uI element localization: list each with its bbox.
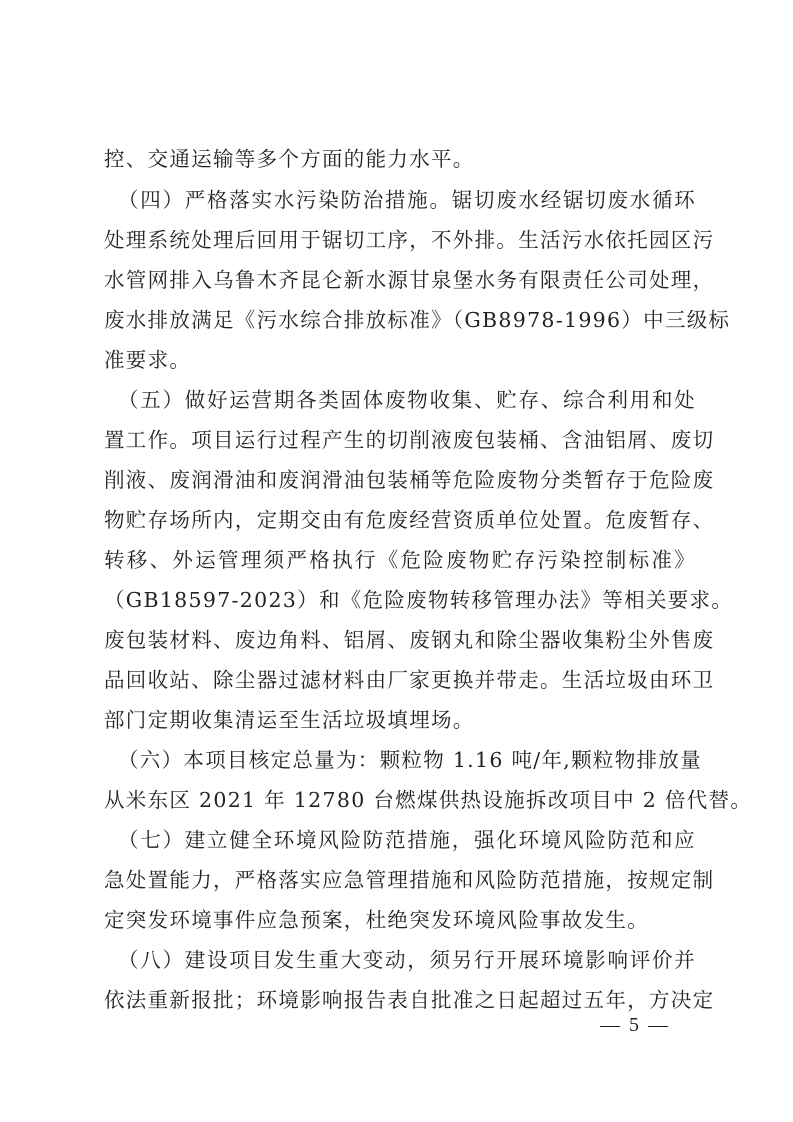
paragraph-5-line-3: 削液、废润滑油和废润滑油包装桶等危险废物分类暂存于危险废 <box>104 467 696 493</box>
paragraph-5-line-9: 部门定期收集清运至生活垃圾填埋场。 <box>104 707 696 733</box>
paragraph-4-line-5: 准要求。 <box>104 347 696 373</box>
paragraph-4-line-4: 废水排放满足《污水综合排放标准》（GB8978-1996）中三级标 <box>104 307 696 333</box>
paragraph-4-line-3: 水管网排入乌鲁木齐昆仑新水源甘泉堡水务有限责任公司处理， <box>104 267 696 293</box>
text-line-1: 控、交通运输等多个方面的能力水平。 <box>104 146 696 172</box>
paragraph-5-line-1: （五）做好运营期各类固体废物收集、贮存、综合利用和处 <box>118 387 696 413</box>
paragraph-7-line-3: 定突发环境事件应急预案，杜绝突发环境风险事故发生。 <box>104 907 696 933</box>
paragraph-5-line-7: 废包装材料、废边角料、铝屑、废钢丸和除尘器收集粉尘外售废 <box>104 627 696 653</box>
paragraph-6-line-2: 从米东区 2021 年 12780 台燃煤供热设施拆改项目中 2 倍代替。 <box>104 787 696 813</box>
paragraph-5-line-2: 置工作。项目运行过程产生的切削液废包装桶、含油铝屑、废切 <box>104 427 696 453</box>
paragraph-5-line-4: 物贮存场所内，定期交由有危废经营资质单位处置。危废暂存、 <box>104 507 696 533</box>
document-page: 控、交通运输等多个方面的能力水平。 （四）严格落实水污染防治措施。锯切废水经锯切… <box>0 0 793 1122</box>
paragraph-4-line-1: （四）严格落实水污染防治措施。锯切废水经锯切废水循环 <box>118 187 696 213</box>
paragraph-5-line-5: 转移、外运管理须严格执行《危险废物贮存污染控制标准》 <box>104 547 696 573</box>
paragraph-4-line-2: 处理系统处理后回用于锯切工序，不外排。生活污水依托园区污 <box>104 227 696 253</box>
paragraph-6-line-1: （六）本项目核定总量为：颗粒物 1.16 吨/年,颗粒物排放量 <box>118 747 696 773</box>
paragraph-5-line-8: 品回收站、除尘器过滤材料由厂家更换并带走。生活垃圾由环卫 <box>104 667 696 693</box>
page-number: — 5 — <box>600 1014 670 1037</box>
paragraph-5-line-6: （GB18597-2023）和《危险废物转移管理办法》等相关要求。 <box>104 587 696 613</box>
paragraph-8-line-1: （八）建设项目发生重大变动，须另行开展环境影响评价并 <box>118 947 696 973</box>
paragraph-7-line-2: 急处置能力，严格落实应急管理措施和风险防范措施，按规定制 <box>104 867 696 893</box>
paragraph-7-line-1: （七）建立健全环境风险防范措施，强化环境风险防范和应 <box>118 827 696 853</box>
paragraph-8-line-2: 依法重新报批；环境影响报告表自批准之日起超过五年，方决定 <box>104 987 696 1013</box>
